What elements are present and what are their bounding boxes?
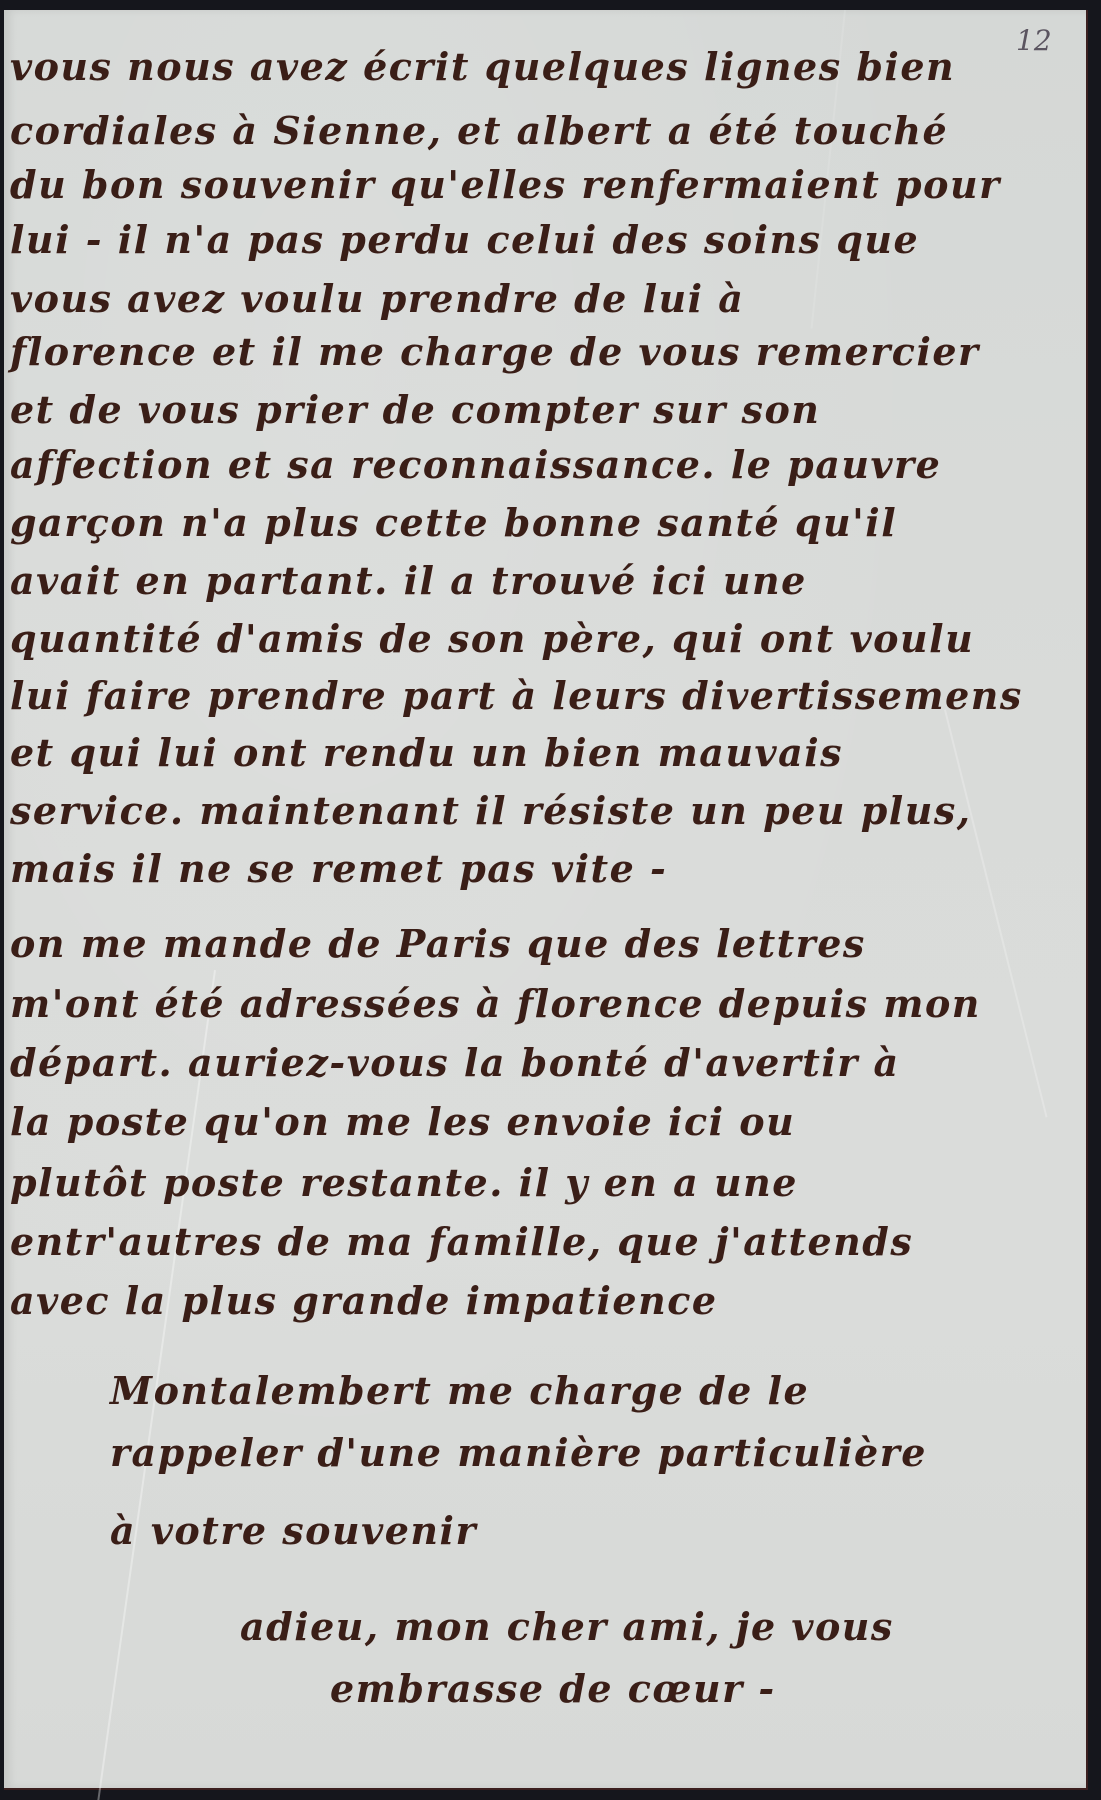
letter-line: vous avez voulu prendre de lui à: [10, 280, 744, 318]
letter-line: entr'autres de ma famille, que j'attends: [10, 1223, 913, 1261]
letter-line: à votre souvenir: [110, 1512, 477, 1550]
letter-line: plutôt poste restante. il y en a une: [10, 1164, 798, 1202]
closing-line: adieu, mon cher ami, je vous: [240, 1608, 894, 1646]
letter-line: la poste qu'on me les envoie ici ou: [10, 1103, 795, 1141]
letter-line: Montalembert me charge de le: [110, 1372, 809, 1410]
letter-line: du bon souvenir qu'elles renfermaient po…: [10, 166, 1001, 204]
letter-line: lui faire prendre part à leurs divertiss…: [10, 677, 1023, 715]
letter-line: on me mande de Paris que des lettres: [10, 925, 866, 963]
letter-line: et qui lui ont rendu un bien mauvais: [10, 734, 843, 772]
letter-line: avait en partant. il a trouvé ici une: [10, 562, 807, 600]
letter-line: cordiales à Sienne, et albert a été touc…: [10, 112, 948, 150]
closing-line: embrasse de cœur -: [330, 1670, 776, 1708]
letter-body: vous nous avez écrit quelques lignes bie…: [0, 0, 1101, 1800]
letter-line: vous nous avez écrit quelques lignes bie…: [10, 48, 955, 86]
letter-line: avec la plus grande impatience: [10, 1282, 718, 1320]
letter-line: garçon n'a plus cette bonne santé qu'il: [10, 504, 897, 542]
letter-line: florence et il me charge de vous remerci…: [10, 333, 980, 371]
letter-line: quantité d'amis de son père, qui ont vou…: [10, 620, 974, 658]
letter-line: affection et sa reconnaissance. le pauvr…: [10, 446, 941, 484]
letter-line: mais il ne se remet pas vite -: [10, 850, 667, 888]
letter-line: rappeler d'une manière particulière: [110, 1434, 927, 1472]
letter-line: m'ont été adressées à florence depuis mo…: [10, 985, 981, 1023]
scan-background: 12 vous nous avez écrit quelques lignes …: [0, 0, 1101, 1800]
letter-line: et de vous prier de compter sur son: [10, 391, 820, 429]
letter-line: lui - il n'a pas perdu celui des soins q…: [10, 221, 919, 259]
letter-line: service. maintenant il résiste un peu pl…: [10, 792, 972, 830]
letter-line: départ. auriez-vous la bonté d'avertir à: [10, 1044, 900, 1082]
